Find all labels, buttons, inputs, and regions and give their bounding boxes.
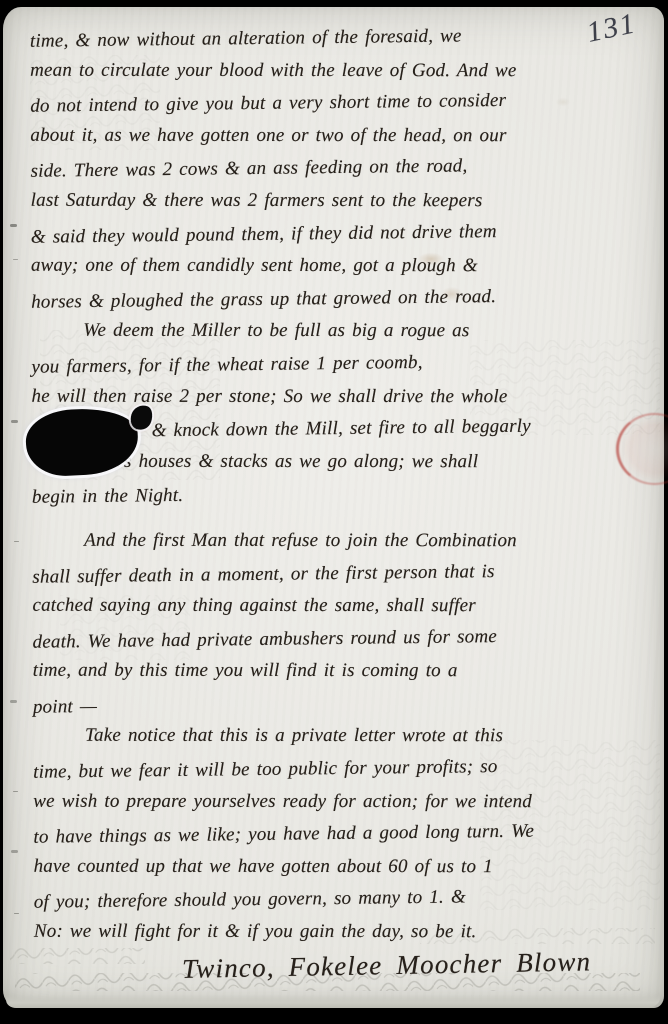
manuscript-line: we wish to prepare yourselves ready for … bbox=[33, 785, 645, 818]
manuscript-line: side. There was 2 cows & an ass feeding … bbox=[30, 149, 642, 189]
manuscript-line: horses & ploughed the grass up that grow… bbox=[31, 279, 643, 319]
manuscript-line: you farmers, for if the wheat raise 1 pe… bbox=[31, 344, 643, 384]
manuscript-line: catched saying any thing against the sam… bbox=[32, 590, 644, 623]
manuscript-line: We deem the Miller to be full as big a r… bbox=[31, 315, 643, 348]
manuscript-line: No: we will fight for it & if you gain t… bbox=[34, 916, 646, 949]
manuscript-line: Take notice that this is a private lette… bbox=[33, 720, 645, 753]
manuscript-line: of you; therefore should you govern, so … bbox=[34, 880, 646, 920]
manuscript-line: time, but we fear it will be too public … bbox=[33, 749, 645, 789]
letter-body: time, & now without an alteration of the… bbox=[30, 21, 646, 983]
manuscript-line: he will then raise 2 per stone; So we sh… bbox=[32, 380, 644, 413]
manuscript-line: do not intend to give you but a very sho… bbox=[30, 83, 642, 123]
manuscript-line: time, and by this time you will find it … bbox=[33, 655, 645, 688]
manuscript-line: time, & now without an alteration of the… bbox=[30, 18, 642, 58]
manuscript-line: away; one of them candidly sent home, go… bbox=[31, 250, 643, 283]
manuscript-line: And the first Man that refuse to join th… bbox=[32, 525, 644, 558]
manuscript-line: last Saturday & there was 2 farmers sent… bbox=[31, 185, 643, 218]
manuscript-line: shall suffer death in a moment, or the f… bbox=[32, 554, 644, 594]
manuscript-line: have counted up that we have gotten abou… bbox=[34, 851, 646, 884]
manuscript-line: point — bbox=[33, 684, 645, 724]
manuscript-line: to have things as we like; you have had … bbox=[33, 815, 645, 855]
manuscript-line: & said they would pound them, if they di… bbox=[31, 214, 643, 254]
manuscript-line: about it, as we have gotten one or two o… bbox=[30, 120, 642, 153]
manuscript-line: death. We have had private ambushers rou… bbox=[32, 619, 644, 659]
manuscript-line: begin in the Night. bbox=[32, 475, 644, 515]
manuscript-line: mean to circulate your blood with the le… bbox=[30, 54, 642, 87]
torn-bottom-edge bbox=[6, 995, 660, 1008]
edge-pen-marks bbox=[10, 224, 17, 227]
